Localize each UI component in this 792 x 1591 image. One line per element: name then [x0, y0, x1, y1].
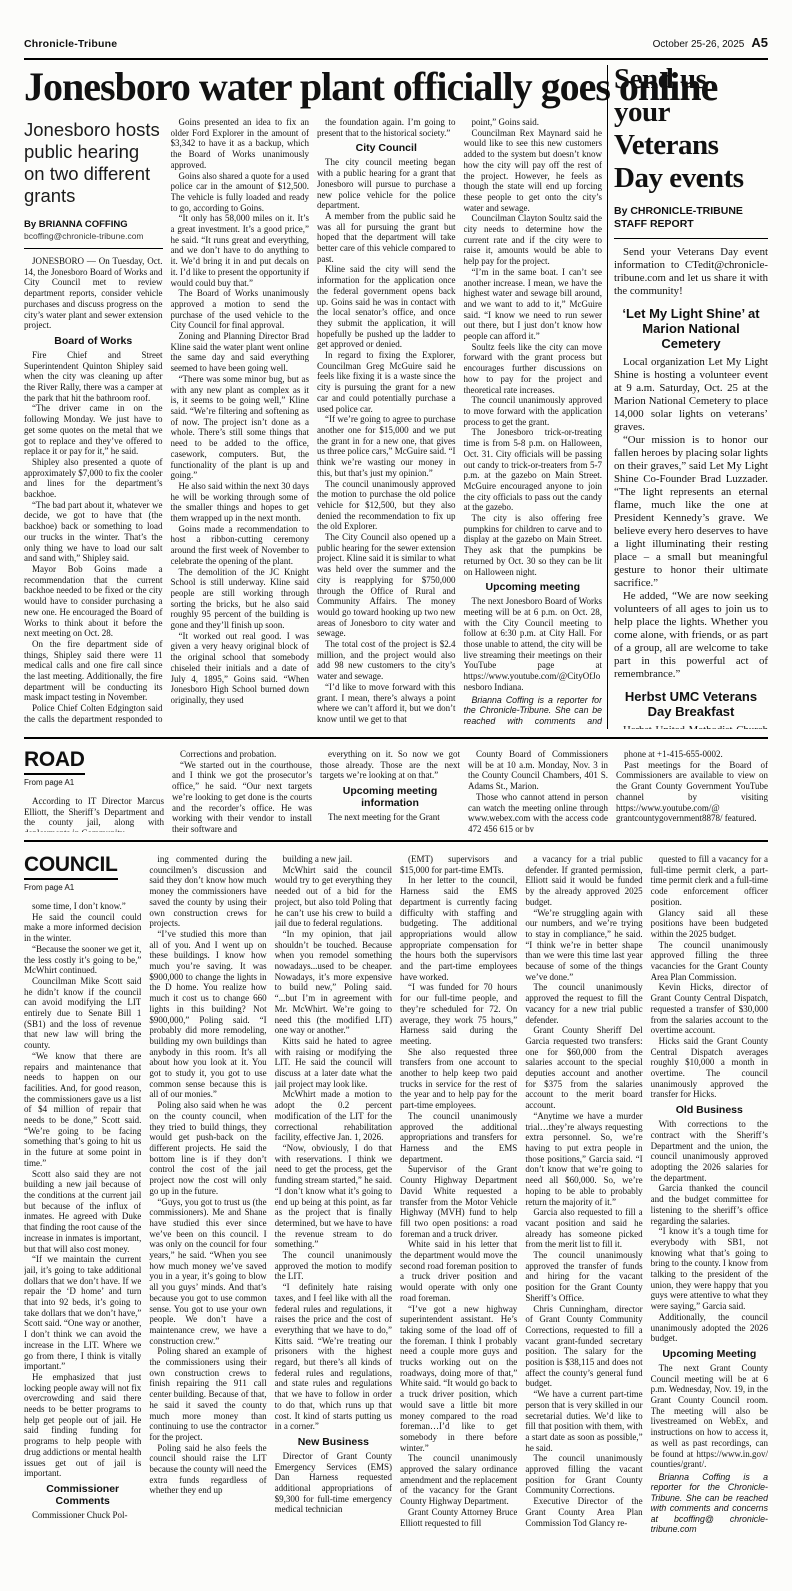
paragraph: Kline said the city will send the inform…	[317, 264, 456, 350]
sidebar-text: Send your Veterans Day event information…	[614, 246, 768, 729]
paragraph: The council unanimously approved the tra…	[525, 1250, 642, 1304]
column-text: phone at +1-415-655-0002.Past meetings f…	[616, 749, 768, 824]
paragraph: “It worked out real good. I was given a …	[171, 631, 310, 706]
subhead: ‘Let My Light Shine’ at Marion National …	[614, 306, 768, 351]
paragraph: He emphasized that just locking people a…	[24, 1372, 141, 1479]
paragraph: “I know it’s a tough time for everybody …	[651, 1226, 768, 1312]
column-text: JONESBORO — On Tuesday, Oct. 14, the Jon…	[24, 256, 163, 725]
paragraph: The demolition of the JC Knight School i…	[171, 567, 310, 631]
paragraph: The city is also offering free pumpkins …	[464, 513, 603, 577]
paragraph: Councilman Rex Maynard said he would lik…	[464, 128, 603, 214]
paragraph: Glancy said all these positions have bee…	[651, 908, 768, 940]
masthead-rule	[24, 58, 768, 60]
column-text: Goins presented an idea to fix an older …	[171, 117, 310, 706]
publication-name: Chronicle-Tribune	[24, 38, 117, 50]
top-section: Jonesboro water plant officially goes on…	[24, 63, 768, 729]
paragraph: “There was some minor bug, but as with a…	[171, 374, 310, 481]
paragraph: In her letter to the council, Harness sa…	[400, 875, 517, 982]
column-text: a vacancy for a trial public defender. I…	[525, 854, 642, 1528]
paragraph: She also requested three transfers from …	[400, 1047, 517, 1111]
paragraph: building a new jail.	[275, 854, 392, 865]
column-text: some time, I don’t know.”He said the cou…	[24, 901, 141, 1521]
paragraph: The council unanimously approved the add…	[400, 1111, 517, 1165]
paragraph: The council unanimously approved the mot…	[317, 479, 456, 533]
subhead: Upcoming meeting	[464, 581, 603, 593]
paragraph: Poling said he also feels the council sh…	[149, 1443, 266, 1497]
byline-block: By BRIANNA COFFING bcoffing@chronicle-tr…	[24, 219, 163, 249]
column-text: quested to fill a vacancy for a full-tim…	[651, 854, 768, 1535]
subhead: Old Business	[651, 1104, 768, 1116]
paragraph: The City Council also opened up a public…	[317, 532, 456, 639]
paragraph: “I’m in the same boat. I can’t see anoth…	[464, 267, 603, 342]
road-column-2: Corrections and probation.“We started ou…	[172, 749, 312, 832]
paragraph: Fire Chief and Street Superintendent Qui…	[24, 350, 163, 404]
road-jump-section: ROAD From page A1 According to IT Direct…	[24, 737, 768, 832]
paragraph: Additionally, the council unanimously ad…	[651, 1312, 768, 1344]
road-column-5: phone at +1-415-655-0002.Past meetings f…	[616, 749, 768, 832]
sidebar-headline: Send us your Veterans Day events	[614, 63, 768, 195]
paragraph: He added, “We are now seeking volunteers…	[614, 590, 768, 681]
column-text: point,” Goins said.Councilman Rex Maynar…	[464, 117, 603, 725]
paragraph: McWhirt made a motion to adopt the 0.2 p…	[275, 1089, 392, 1143]
paragraph: Grant County Attorney Bruce Elliott requ…	[400, 1507, 517, 1528]
road-title: ROAD	[24, 749, 85, 775]
council-column-2: ing commented during the councilmen’s di…	[149, 854, 266, 1573]
paragraph: “I definitely hate raising taxes, and I …	[275, 1282, 392, 1432]
paragraph: Councilman Mike Scott said he didn’t kno…	[24, 976, 141, 1051]
vertical-divider	[607, 65, 608, 729]
paragraph: Commissioner Chuck Pol-	[24, 1510, 141, 1521]
paragraph: McWhirt said the council would try to ge…	[275, 865, 392, 929]
road-column-1: ROAD From page A1 According to IT Direct…	[24, 749, 164, 832]
paragraph: “Anytime we have a murder trial…they’re …	[525, 1111, 642, 1207]
paragraph: According to IT Director Marcus Elliott,…	[24, 796, 164, 832]
paragraph: He also said within the next 30 days he …	[171, 481, 310, 524]
column-text: Corrections and probation.“We started ou…	[172, 749, 312, 832]
deck-headline: Jonesboro hosts public hearing on two di…	[24, 119, 163, 207]
paragraph: Councilman Clayton Soultz said the city …	[464, 213, 603, 267]
paragraph: Garcia also requested to fill a vacant p…	[525, 1207, 642, 1250]
paragraph: The council unanimously approved the sal…	[400, 1453, 517, 1507]
paragraph: “If we’re going to agree to purchase ano…	[317, 414, 456, 478]
paragraph: The council unanimously approved the mot…	[275, 1250, 392, 1282]
council-column-4: (EMT) supervisors and $15,000 for part-t…	[400, 854, 517, 1573]
paragraph: Scott also said they are not building a …	[24, 1169, 141, 1255]
subhead: Commissioner Comments	[24, 1483, 141, 1507]
council-column-1: COUNCIL From page A1 some time, I don’t …	[24, 854, 141, 1573]
paragraph: Herbst United Methodist Church is hostin…	[614, 724, 768, 729]
paragraph: “Guys, you got to trust us (the commissi…	[149, 1197, 266, 1347]
reporter-tagline: Brianna Coffing is a reporter for the Ch…	[464, 695, 603, 725]
subhead: Upcoming meeting information	[320, 785, 460, 809]
paragraph: Zoning and Planning Director Brad Kline …	[171, 331, 310, 374]
paragraph: some time, I don’t know.”	[24, 901, 141, 912]
page-number: A5	[751, 35, 768, 50]
paragraph: Corrections and probation.	[172, 749, 312, 760]
story-column-1: Jonesboro hosts public hearing on two di…	[24, 117, 163, 725]
paragraph: “The bad part about it, whatever we deci…	[24, 500, 163, 564]
paragraph: Executive Director of the Grant County A…	[525, 1496, 642, 1528]
paragraph: Goins made a recommendation to host a ri…	[171, 524, 310, 567]
paragraph: The next Grant County Council meeting wi…	[651, 1363, 768, 1470]
paragraph: Past meetings for the Board of Commissio…	[616, 760, 768, 824]
sidebar-byline-block: By CHRONICLE-TRIBUNE STAFF REPORT	[614, 205, 768, 239]
paragraph: The total cost of the project is $2.4 mi…	[317, 639, 456, 682]
paragraph: “The driver came in on the following Mon…	[24, 403, 163, 457]
subhead: Board of Works	[24, 335, 163, 347]
road-column-4: County Board of Commissioners will be at…	[468, 749, 608, 832]
paragraph: The next meeting for the Grant	[320, 812, 460, 823]
paragraph: Poling also said when he was on the coun…	[149, 1100, 266, 1196]
column-text: (EMT) supervisors and $15,000 for part-t…	[400, 854, 517, 1528]
column-text: ing commented during the councilmen’s di…	[149, 854, 266, 1496]
subhead: Upcoming Meeting	[651, 1348, 768, 1360]
paragraph: JONESBORO — On Tuesday, Oct. 14, the Jon…	[24, 256, 163, 331]
council-jump-section: COUNCIL From page A1 some time, I don’t …	[24, 840, 768, 1573]
column-text: County Board of Commissioners will be at…	[468, 749, 608, 832]
paragraph: a vacancy for a trial public defender. I…	[525, 854, 642, 908]
masthead: Chronicle-Tribune October 25-26, 2025A5	[24, 34, 768, 52]
paragraph: Goins presented an idea to fix an older …	[171, 117, 310, 171]
paragraph: The council unanimously approved filling…	[525, 1453, 642, 1496]
paragraph: Soultz feels like the city can move forw…	[464, 342, 603, 396]
paragraph: The city council meeting began with a pu…	[317, 157, 456, 211]
paragraph: “Our mission is to honor our fallen hero…	[614, 434, 768, 590]
paragraph: phone at +1-415-655-0002.	[616, 749, 768, 760]
paragraph: “I’d like to move forward with this gran…	[317, 682, 456, 725]
byline: By BRIANNA COFFING	[24, 219, 163, 230]
paragraph: “We know that there are repairs and main…	[24, 1051, 141, 1169]
paragraph: Grant County Sheriff Del Garcia requeste…	[525, 1025, 642, 1111]
main-story-columns: Jonesboro hosts public hearing on two di…	[24, 117, 602, 725]
main-headline: Jonesboro water plant officially goes on…	[24, 65, 602, 109]
paragraph: Goins also shared a quote for a used pol…	[171, 171, 310, 214]
subhead: Herbst UMC Veterans Day Breakfast	[614, 689, 768, 719]
paragraph: “We’re struggling again with our numbers…	[525, 908, 642, 983]
paragraph: Chris Cunningham, director of Grant Coun…	[525, 1304, 642, 1390]
paragraph: Send your Veterans Day event information…	[614, 246, 768, 298]
paragraph: He said the council could make a more in…	[24, 912, 141, 944]
paragraph: point,” Goins said.	[464, 117, 603, 128]
paragraph: “Now, obviously, I do that with reservat…	[275, 1143, 392, 1250]
paragraph: The next Jonesboro Board of Works meetin…	[464, 596, 603, 692]
column-text: According to IT Director Marcus Elliott,…	[24, 796, 164, 832]
paragraph: Garcia thanked the council and the budge…	[651, 1183, 768, 1226]
road-continued-from: From page A1	[24, 778, 164, 787]
subhead: City Council	[317, 142, 456, 154]
paragraph: White said in his letter that the depart…	[400, 1239, 517, 1303]
paragraph: With corrections to the contract with th…	[651, 1119, 768, 1183]
paragraph: Mayor Bob Goins made a recommendation th…	[24, 564, 163, 639]
paragraph: Poling shared an example of the commissi…	[149, 1346, 266, 1442]
paragraph: Hicks said the Grant County Central Disp…	[651, 1036, 768, 1100]
paragraph: On the fire department side of things, S…	[24, 639, 163, 703]
road-column-3: everything on it. So now we got those al…	[320, 749, 460, 832]
council-title: COUNCIL	[24, 854, 118, 880]
paragraph: The Board of Works unanimously approved …	[171, 288, 310, 331]
paragraph: “We have a current part-time person that…	[525, 1389, 642, 1453]
paragraph: A member from the public said he was all…	[317, 211, 456, 265]
paragraph: Those who cannot attend in person can wa…	[468, 792, 608, 832]
column-text: building a new jail.McWhirt said the cou…	[275, 854, 392, 1515]
reporter-tagline: Brianna Coffing is a reporter for the Ch…	[651, 1472, 768, 1535]
paragraph: “I’ve got a new highway superintendent a…	[400, 1304, 517, 1454]
paragraph: Local organization Let My Light Shine is…	[614, 356, 768, 434]
paragraph: quested to fill a vacancy for a full-tim…	[651, 854, 768, 908]
paragraph: Director of Grant County Emergency Servi…	[275, 1451, 392, 1515]
main-story: Jonesboro water plant officially goes on…	[24, 63, 602, 729]
paragraph: The Jonesboro trick-or-treating time is …	[464, 427, 603, 513]
veterans-sidebar: Send us your Veterans Day events By CHRO…	[614, 63, 768, 729]
paragraph: The council unanimously approved filling…	[651, 940, 768, 983]
subhead: New Business	[275, 1436, 392, 1448]
sidebar-byline: By CHRONICLE-TRIBUNE STAFF REPORT	[614, 205, 768, 231]
paragraph: Kevin Hicks, director of Grant County Ce…	[651, 982, 768, 1036]
column-text: the foundation again. I’m going to prese…	[317, 117, 456, 725]
paragraph: Kitts said he hated to agree with raisin…	[275, 1036, 392, 1090]
paragraph: “We started out in the courthouse, and I…	[172, 760, 312, 832]
council-column-6: quested to fill a vacancy for a full-tim…	[651, 854, 768, 1573]
paragraph: “Because the sooner we get it, the less …	[24, 944, 141, 976]
byline-email: bcoffing@chronicle-tribune.com	[24, 231, 163, 241]
story-column-4: point,” Goins said.Councilman Rex Maynar…	[464, 117, 603, 725]
paragraph: Police Chief Colten Edgington said the c…	[24, 703, 163, 725]
council-column-3: building a new jail.McWhirt said the cou…	[275, 854, 392, 1573]
council-continued-from: From page A1	[24, 883, 141, 892]
paragraph: The council unanimously approved to move…	[464, 395, 603, 427]
paragraph: In regard to fixing the Explorer, Counci…	[317, 350, 456, 414]
story-column-3: the foundation again. I’m going to prese…	[317, 117, 456, 725]
newspaper-page: Chronicle-Tribune October 25-26, 2025A5 …	[0, 0, 792, 1591]
paragraph: “In my opinion, that jail shouldn’t be t…	[275, 929, 392, 1036]
story-column-2: Goins presented an idea to fix an older …	[171, 117, 310, 725]
paragraph: the foundation again. I’m going to prese…	[317, 117, 456, 138]
paragraph: “If we maintain the current jail, it’s g…	[24, 1254, 141, 1372]
paragraph: Shipley also presented a quote of approx…	[24, 457, 163, 500]
paragraph: Supervisor of the Grant County Highway D…	[400, 1164, 517, 1239]
column-text: everything on it. So now we got those al…	[320, 749, 460, 823]
paragraph: (EMT) supervisors and $15,000 for part-t…	[400, 854, 517, 875]
paragraph: everything on it. So now we got those al…	[320, 749, 460, 781]
council-column-5: a vacancy for a trial public defender. I…	[525, 854, 642, 1573]
issue-date: October 25-26, 2025	[653, 39, 745, 50]
paragraph: The council unanimously approved the req…	[525, 982, 642, 1025]
paragraph: ing commented during the councilmen’s di…	[149, 854, 266, 929]
paragraph: “It only has 58,000 miles on it. It’s a …	[171, 213, 310, 288]
issue-info: October 25-26, 2025A5	[653, 34, 768, 52]
paragraph: County Board of Commissioners will be at…	[468, 749, 608, 792]
paragraph: “I was funded for 70 hours for our full-…	[400, 982, 517, 1046]
paragraph: “I’ve studied this more than all of you.…	[149, 929, 266, 1100]
